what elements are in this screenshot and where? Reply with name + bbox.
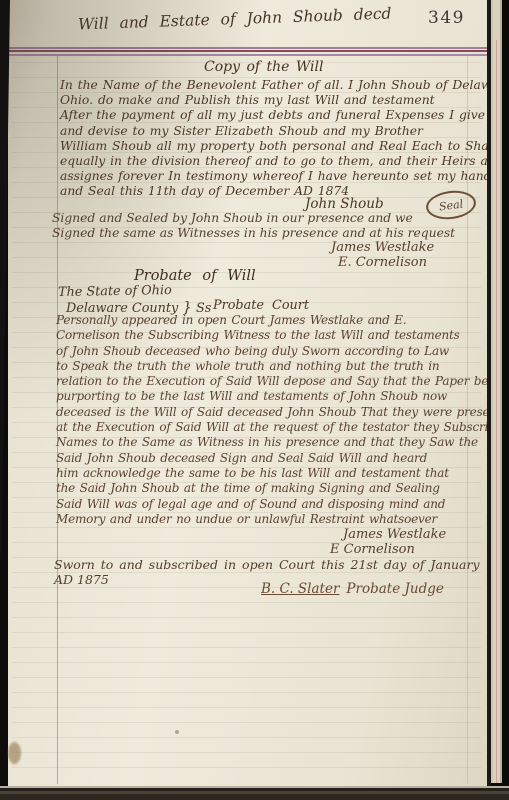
book-bottom-edge <box>0 786 509 800</box>
witness-signature: James Westlake <box>343 527 446 542</box>
witness-signature: E Cornelison <box>330 542 415 557</box>
witness-signature: James Westlake <box>331 240 434 255</box>
probate-line: Cornelison the Subscribing Witness to th… <box>56 328 476 343</box>
probate-line: the Said John Shoub at the time of makin… <box>56 481 476 496</box>
probate-line: purporting to be the last Will and testa… <box>56 389 476 404</box>
sworn-line: Sworn to and subscribed in open Court th… <box>54 557 480 572</box>
probate-line: at the Execution of Said Will at the req… <box>56 420 476 435</box>
photo-edge-right <box>502 0 509 800</box>
will-line: equally in the division thereof and to g… <box>60 154 472 169</box>
header-rule-top <box>8 47 487 49</box>
judge-name: B. C. Slater <box>261 581 339 597</box>
will-line: Ohio. do make and Publish this my last W… <box>60 93 472 108</box>
probate-body: Personally appeared in open Court James … <box>56 313 476 527</box>
ledger-page: 349 Will and Estate of John Shoub decd C… <box>8 0 487 788</box>
will-line: assignes forever In testimony whereof I … <box>60 169 472 184</box>
probate-line: Memory and under no undue or unlawful Re… <box>56 512 476 527</box>
page-number: 349 <box>428 8 465 28</box>
will-line: and devise to my Sister Elizabeth Shoub … <box>60 124 472 139</box>
attestation-block: Signed and Sealed by John Shoub in our p… <box>52 211 455 241</box>
judge-signature: B. C. SlaterProbate Judge <box>261 581 444 597</box>
probate-line: Said Will was of legal age and of Sound … <box>56 497 476 512</box>
probate-line: Personally appeared in open Court James … <box>56 313 476 328</box>
probate-line: of John Shoub deceased who being duly Sw… <box>56 344 476 359</box>
sworn-date: AD 1875 <box>54 572 109 587</box>
will-line: and Seal this 11th day of December AD 18… <box>60 184 472 199</box>
ink-stain <box>8 742 21 764</box>
court-name: Probate Court <box>213 298 309 313</box>
photo-background: 349 Will and Estate of John Shoub decd C… <box>0 0 509 800</box>
probate-heading: Probate of Will <box>134 268 256 284</box>
will-line: In the Name of the Benevolent Father of … <box>60 78 472 93</box>
witness-signature: E. Cornelison <box>338 255 427 270</box>
probate-line: Said John Shoub deceased Sign and Seal S… <box>56 451 476 466</box>
will-body: In the Name of the Benevolent Father of … <box>60 78 472 200</box>
will-line: William Shoub all my property both perso… <box>60 139 472 154</box>
will-line: After the payment of all my just debts a… <box>60 108 472 123</box>
paper-speck <box>175 730 179 734</box>
probate-line: him acknowledge the same to be his last … <box>56 466 476 481</box>
attestation-line: Signed and Sealed by John Shoub in our p… <box>52 211 455 226</box>
header-rule-middle <box>8 50 487 52</box>
header-rule-bottom <box>8 54 487 56</box>
header-title: Will and Estate of John Shoub decd <box>78 5 392 34</box>
testator-signature: John Shoub <box>305 196 384 212</box>
probate-line: Names to the Same as Witness in his pres… <box>56 435 476 450</box>
probate-line: relation to the Execution of Said Will d… <box>56 374 476 389</box>
judge-title: Probate Judge <box>346 581 443 597</box>
probate-line: to Speak the truth the whole truth and n… <box>56 359 476 374</box>
underlying-page-edge <box>491 0 502 783</box>
probate-line: deceased is the Will of Said deceased Jo… <box>56 405 476 420</box>
will-heading: Copy of the Will <box>204 59 323 75</box>
